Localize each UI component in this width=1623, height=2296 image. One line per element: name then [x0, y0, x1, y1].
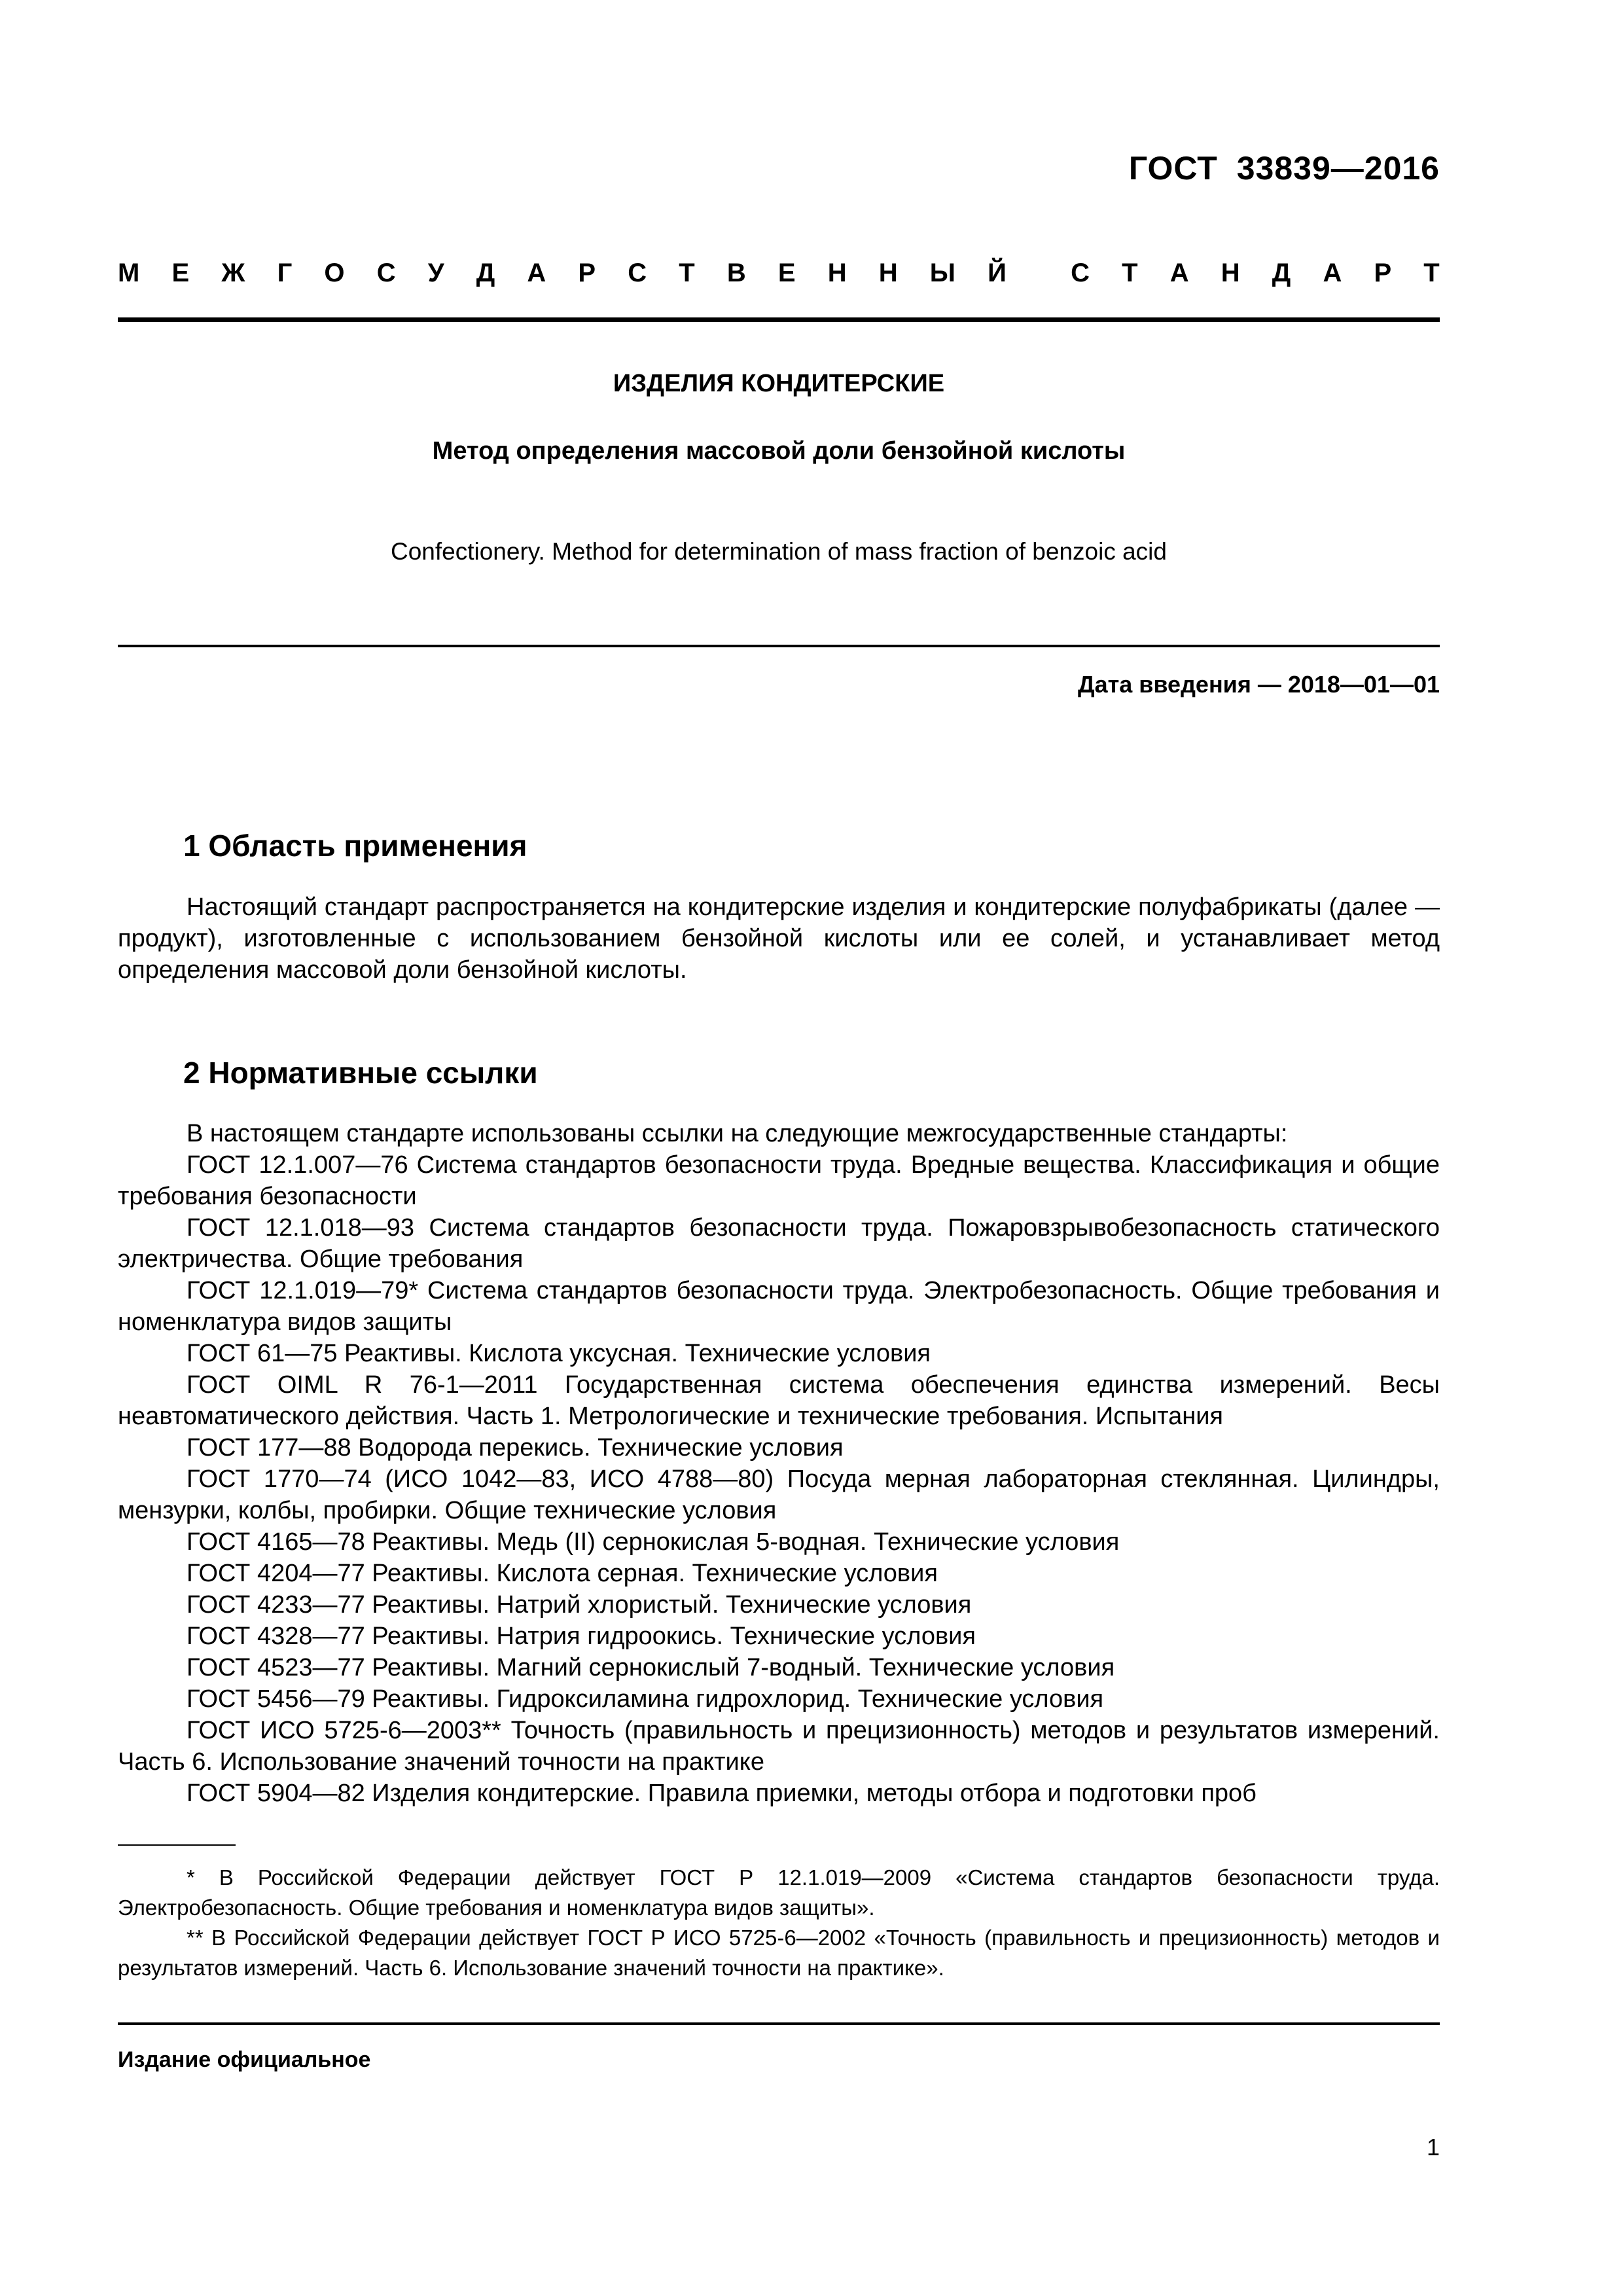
section-scope-body: Настоящий стандарт распространяется на к… — [118, 891, 1440, 986]
section-references-body: В настоящем стандарте использованы ссылк… — [118, 1118, 1440, 1809]
references-intro: В настоящем стандарте использованы ссылк… — [118, 1118, 1440, 1149]
introduction-date: Дата введения — 2018—01—01 — [1078, 671, 1440, 698]
standard-type-letter: А — [1170, 259, 1189, 288]
footnote-rule — [118, 1844, 236, 1846]
reference-item: ГОСТ 12.1.007—76 Система стандартов безо… — [118, 1149, 1440, 1212]
reference-item: ГОСТ 4204—77 Реактивы. Кислота серная. Т… — [118, 1558, 1440, 1589]
standard-type-letter: Т — [679, 259, 694, 288]
paragraph: Настоящий стандарт распространяется на к… — [118, 891, 1440, 986]
standard-type-letter: У — [428, 259, 444, 288]
title-rule — [118, 645, 1440, 647]
standard-type-letter: С — [628, 259, 647, 288]
standard-type-letter: Е — [171, 259, 189, 288]
standard-type-letter: Е — [778, 259, 796, 288]
standard-type-letter: Н — [879, 259, 898, 288]
standard-type-letter: Д — [1272, 259, 1291, 288]
reference-item: ГОСТ 12.1.018—93 Система стандартов безо… — [118, 1212, 1440, 1275]
reference-item: ГОСТ 4523—77 Реактивы. Магний сернокислы… — [118, 1652, 1440, 1683]
official-edition-label: Издание официальное — [118, 2047, 370, 2073]
reference-item: ГОСТ OIML R 76-1—2011 Государственная си… — [118, 1369, 1440, 1432]
document-title: ИЗДЕЛИЯ КОНДИТЕРСКИЕ — [118, 370, 1440, 398]
reference-item: ГОСТ 5456—79 Реактивы. Гидроксиламина ги… — [118, 1683, 1440, 1715]
reference-item: ГОСТ 4233—77 Реактивы. Натрий хлористый.… — [118, 1589, 1440, 1621]
section-heading-scope: 1 Область применения — [183, 828, 527, 863]
standard-type-letter: Й — [988, 259, 1007, 288]
standard-type-letter: А — [1323, 259, 1342, 288]
standard-type-heading: МЕЖГОСУДАРСТВЕННЫЙ СТАНДАРТ — [118, 259, 1440, 288]
footnote: * В Российской Федерации действует ГОСТ … — [118, 1863, 1440, 1923]
reference-item: ГОСТ 61—75 Реактивы. Кислота уксусная. Т… — [118, 1338, 1440, 1369]
document-code: ГОСТ 33839—2016 — [1129, 149, 1440, 187]
standard-type-letter: Д — [476, 259, 495, 288]
reference-item: ГОСТ 4328—77 Реактивы. Натрия гидроокись… — [118, 1621, 1440, 1652]
footnotes: * В Российской Федерации действует ГОСТ … — [118, 1863, 1440, 1983]
standard-type-letter: А — [527, 259, 546, 288]
reference-item: ГОСТ 1770—74 (ИСО 1042—83, ИСО 4788—80) … — [118, 1463, 1440, 1526]
standard-type-letter: Г — [277, 259, 293, 288]
section-heading-references: 2 Нормативные ссылки — [183, 1055, 538, 1090]
standard-type-letter: С — [1071, 259, 1090, 288]
standard-type-letter: Н — [1221, 259, 1240, 288]
standard-type-letter: Р — [578, 259, 596, 288]
standard-type-letter: В — [727, 259, 746, 288]
standard-type-letter: Ж — [221, 259, 245, 288]
reference-item: ГОСТ 4165—78 Реактивы. Медь (II) серноки… — [118, 1526, 1440, 1558]
page-number: 1 — [1427, 2134, 1440, 2161]
reference-item: ГОСТ 177—88 Водорода перекись. Техническ… — [118, 1432, 1440, 1463]
standard-type-letter: М — [118, 259, 139, 288]
reference-item: ГОСТ ИСО 5725-6—2003** Точность (правиль… — [118, 1715, 1440, 1778]
standard-type-letter: Т — [1122, 259, 1137, 288]
standard-type-letter: О — [324, 259, 344, 288]
header-rule — [118, 317, 1440, 322]
reference-item: ГОСТ 12.1.019—79* Система стандартов без… — [118, 1275, 1440, 1338]
document-subtitle: Метод определения массовой доли бензойно… — [118, 437, 1440, 465]
standard-type-letter: Р — [1374, 259, 1391, 288]
standard-type-letter: С — [377, 259, 396, 288]
footnote: ** В Российской Федерации действует ГОСТ… — [118, 1923, 1440, 1983]
standard-type-letter: Т — [1423, 259, 1439, 288]
english-title: Confectionery. Method for determination … — [118, 538, 1440, 565]
reference-item: ГОСТ 5904—82 Изделия кондитерские. Прави… — [118, 1778, 1440, 1809]
standard-type-letter: Ы — [930, 259, 955, 288]
standard-type-letter: Н — [828, 259, 847, 288]
footer-rule — [118, 2022, 1440, 2025]
